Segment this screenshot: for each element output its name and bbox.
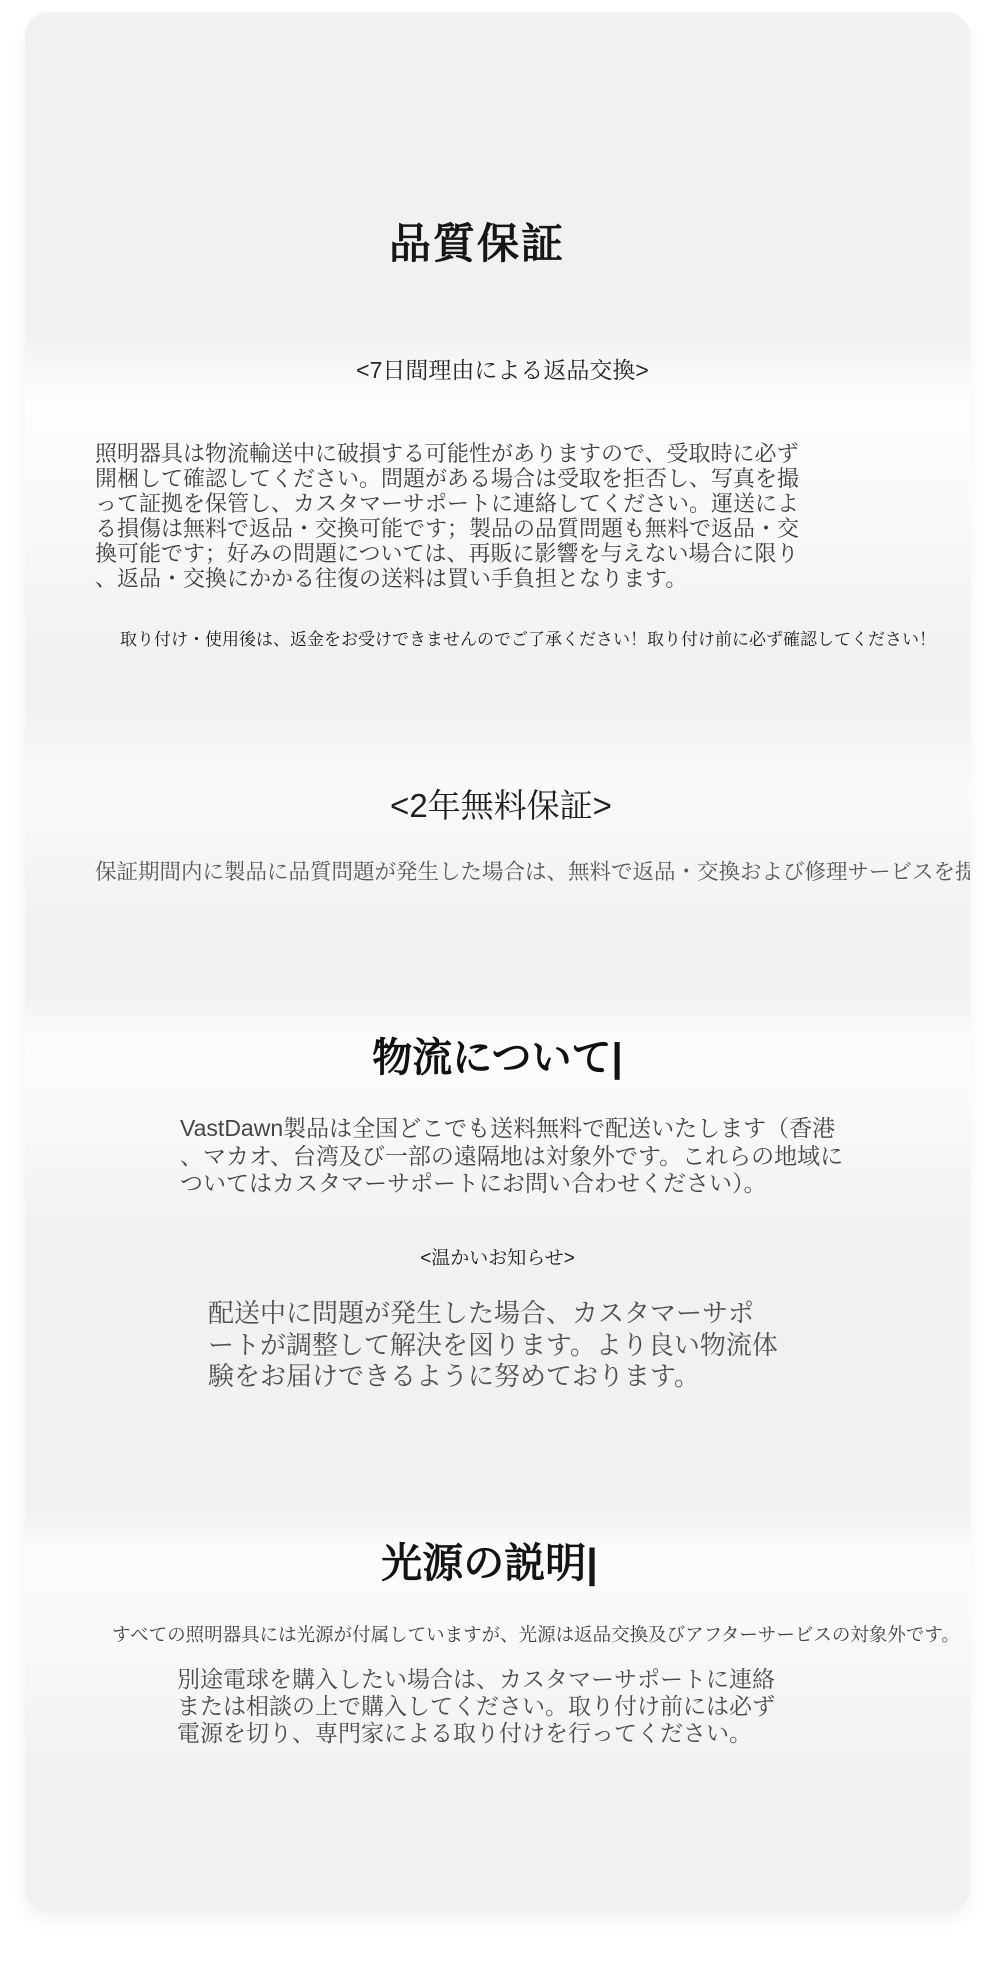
page: { "colors": { "page_bg": "#ffffff", "pan…	[0, 0, 1000, 1966]
shipping-damage-paragraph: 照明器具は物流輸送中に破損する可能性がありますので、受取時に必ず 開梱して確認し…	[95, 441, 885, 591]
install-refund-note: 取り付け・使用後は、返金をお受けできませんのでご了承ください！取り付け前に必ず確…	[120, 625, 936, 650]
two-year-warranty-subtitle: <2年無料保証>	[32, 780, 970, 827]
delivery-issue-paragraph: 配送中に問題が発生した場合、カスタマーサポ ートが調整して解決を図ります。より良…	[208, 1298, 888, 1393]
bulb-purchase-paragraph: 別途電球を購入したい場合は、カスタマーサポートに連絡 または相談の上で購入してく…	[177, 1666, 827, 1747]
warranty-service-line: 保証期間内に製品に品質問題が発生した場合は、無料で返品・交換および修理サービスを…	[95, 855, 970, 886]
product-description-panel: 品質保証 <7日間理由による返品交換> 照明器具は物流輸送中に破損する可能性があ…	[25, 12, 970, 1912]
logistics-section-title: 物流について|	[25, 1026, 970, 1083]
light-source-scope-line: すべての照明器具には光源が付属していますが、光源は返品交換及びアフターサービスの…	[112, 1621, 960, 1647]
free-shipping-paragraph: VastDawn製品は全国どこでも送料無料で配送いたします（香港 、マカオ、台湾…	[180, 1115, 900, 1198]
warm-notice-subtitle: <温かいお知らせ>	[25, 1243, 970, 1270]
quality-section-title: 品質保証	[25, 211, 970, 271]
seven-day-return-subtitle: <7日間理由による返品交換>	[35, 352, 970, 385]
light-source-section-title: 光源の説明|	[25, 1530, 970, 1589]
